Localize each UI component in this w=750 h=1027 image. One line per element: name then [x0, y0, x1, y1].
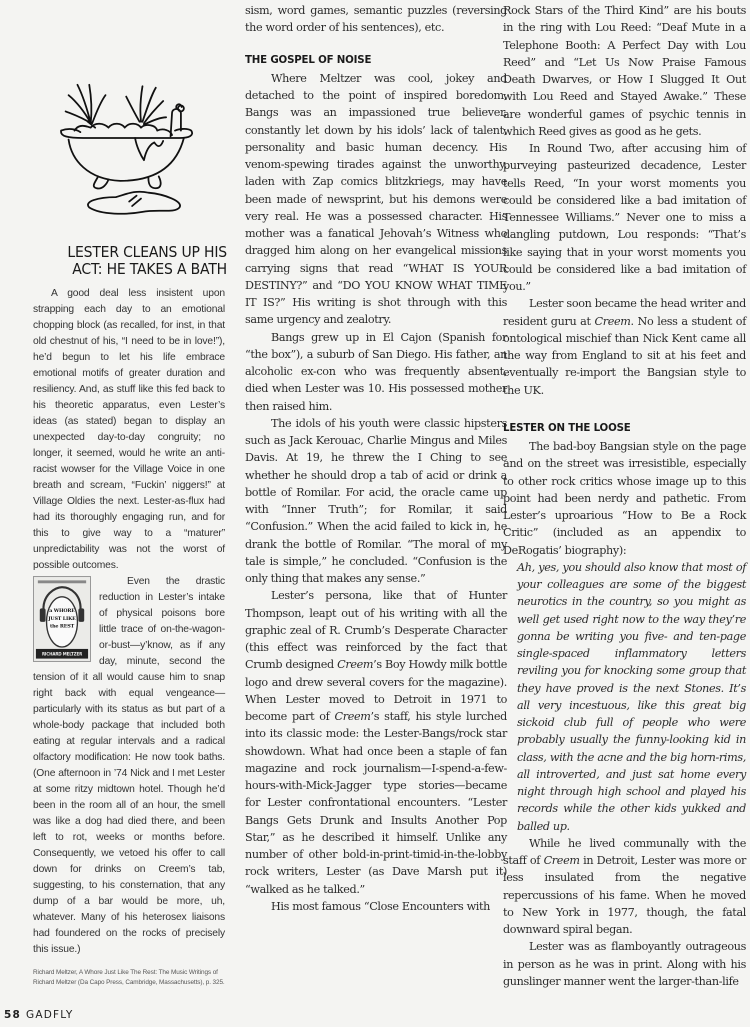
magazine-title: Creem: [594, 315, 630, 328]
sidebar-body: A good deal less insistent upon strappin…: [33, 286, 225, 987]
section-heading-lester-on-the-loose: LESTER ON THE LOOSE: [503, 419, 729, 436]
page-footer: 58GADFLY: [4, 1009, 74, 1021]
magazine-title: Creem: [337, 658, 373, 671]
book-caption: Richard Meltzer, A Whore Just Like The R…: [33, 968, 225, 987]
paragraph: Bangs grew up in El Cajon (Spanish for “…: [245, 329, 507, 415]
paragraph: While he lived communally with the staff…: [503, 835, 746, 939]
paragraph: The idols of his youth were classic hips…: [245, 415, 507, 588]
paragraph: Where Meltzer was cool, jokey and detach…: [245, 70, 507, 329]
paragraph: His most famous “Close Encounters with: [245, 898, 507, 915]
block-quote: Ah, yes, you should also know that most …: [517, 559, 746, 835]
magazine-title: Creem: [544, 854, 580, 867]
magazine-page: LESTER CLEANS UP HIS ACT: HE TAKES A BAT…: [0, 0, 750, 1027]
paragraph: Lester soon became the head writer and r…: [503, 295, 746, 399]
paragraph: Lester was as flamboyantly outrageous in…: [503, 938, 746, 990]
publication-name: GADFLY: [26, 1009, 74, 1021]
svg-text:a WHORE: a WHORE: [49, 608, 75, 614]
sidebar-box: LESTER CLEANS UP HIS ACT: HE TAKES A BAT…: [33, 0, 225, 1000]
svg-text:the REST: the REST: [50, 624, 75, 630]
paragraph: Lester’s persona, like that of Hunter Th…: [245, 587, 507, 898]
article-column-middle: sism, word games, semantic puzzles (reve…: [245, 2, 507, 915]
magazine-title: Creem: [335, 710, 371, 723]
paragraph: sism, word games, semantic puzzles (reve…: [245, 2, 507, 37]
bathtub-illustration: [39, 48, 209, 228]
sidebar-paragraph: A good deal less insistent upon strappin…: [33, 286, 225, 574]
paragraph: The bad-boy Bangsian style on the page a…: [503, 438, 746, 559]
book-cover-art: a WHORE JUST LIKE the REST RICHARD MELTZ…: [34, 577, 90, 661]
paragraph: Rock Stars of the Third Kind” are his bo…: [503, 2, 746, 140]
svg-text:JUST LIKE: JUST LIKE: [47, 616, 76, 622]
section-heading-gospel-of-noise: THE GOSPEL OF NOISE: [245, 51, 489, 68]
article-column-right: Rock Stars of the Third Kind” are his bo…: [503, 2, 746, 990]
paragraph: In Round Two, after accusing him of purv…: [503, 140, 746, 295]
svg-text:RICHARD MELTZER: RICHARD MELTZER: [42, 652, 83, 657]
page-number: 58: [4, 1009, 21, 1021]
sidebar-headline: LESTER CLEANS UP HIS ACT: HE TAKES A BAT…: [49, 244, 227, 278]
text-run: ’s staff, his style lurched into its cla…: [245, 710, 507, 896]
sidebar-paragraph: a WHORE JUST LIKE the REST RICHARD MELTZ…: [33, 574, 225, 958]
book-cover: a WHORE JUST LIKE the REST RICHARD MELTZ…: [33, 576, 91, 662]
